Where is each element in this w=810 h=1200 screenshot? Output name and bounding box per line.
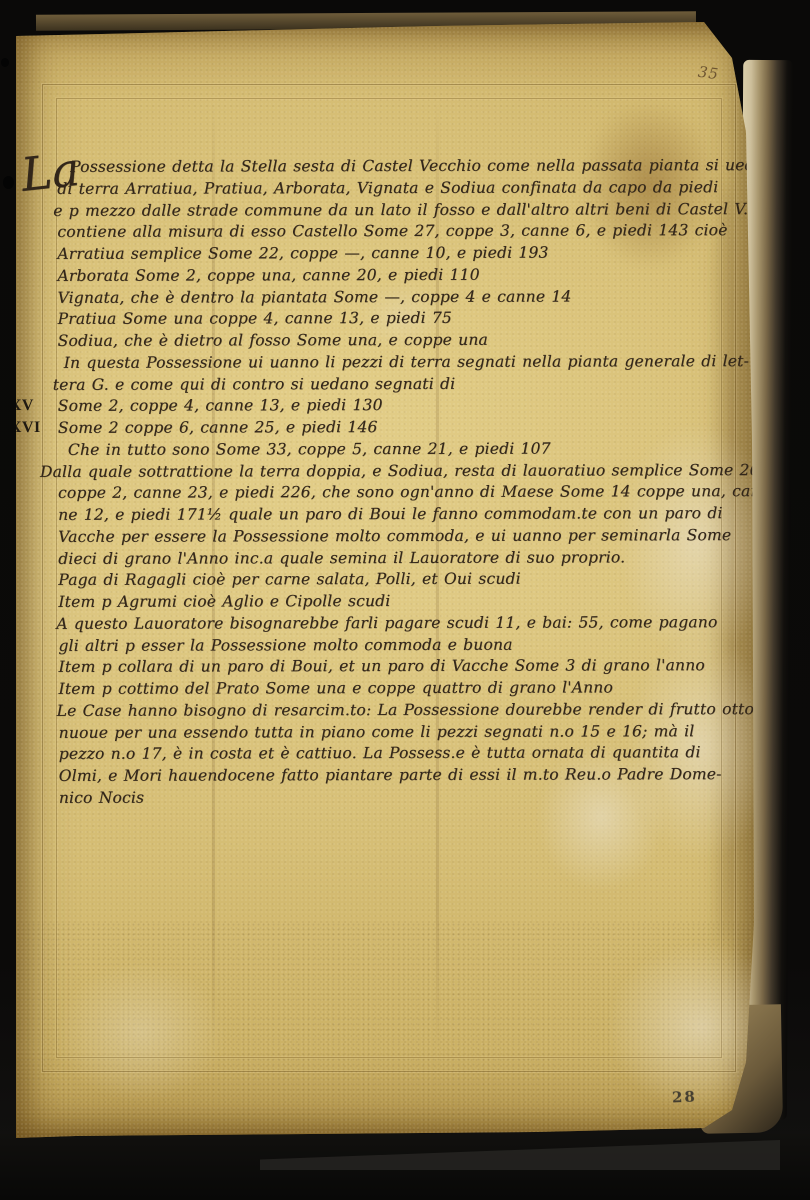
manuscript-line: A questo Lauoratore bisognarebbe farli p… [56,612,730,636]
manuscript-line-text: gli altri p esser la Possessione molto c… [58,635,512,654]
manuscript-line: Sodiua, che è dietro al fosso Some una, … [58,329,730,353]
manuscript-line: Item p collara di un paro di Boui, et un… [58,655,730,679]
manuscript-line-text: Item p collara di un paro di Boui, et un… [58,656,704,676]
manuscript-line: ne 12, e piedi 171½ quale un paro di Bou… [58,503,730,527]
manuscript-text-block: La Possessione detta la Stella sesta di … [57,155,731,809]
folio-number-top-right: 35 [697,63,720,83]
manuscript-line: Vacche per essere la Possessione molto c… [58,525,730,549]
manuscript-line: Vignata, che è dentro la piantata Some —… [57,286,729,310]
manuscript-line-text: Some 2 coppe 6, canne 25, e piedi 146 [58,418,378,437]
manuscript-line: Dalla quale sottrattione la terra doppia… [40,460,730,484]
manuscript-line: Item p Agrumi cioè Aglio e Cipolle scudi [58,590,730,614]
manuscript-line-text: Vacche per essere la Possessione molto c… [58,526,731,546]
manuscript-line-text: Dalla quale sottrattione la terra doppia… [40,461,765,481]
manuscript-line-text: Possessione detta la Stella sesta di Cas… [70,156,764,176]
manuscript-line: Possessione detta la Stella sesta di Cas… [57,155,729,179]
parchment-page: 35 28 La Possessione detta la Stella ses… [16,22,756,1138]
manuscript-line-text: Some 2, coppe 4, canne 13, e piedi 130 [58,396,383,415]
manuscript-line: Item p cottimo del Prato Some una e copp… [59,677,731,701]
manuscript-line-text: dieci di grano l'Anno inc.a quale semina… [58,548,625,567]
manuscript-line: Olmi, e Mori hauendocene fatto piantare … [59,764,731,788]
manuscript-line: gli altri p esser la Possessione molto c… [58,634,730,658]
manuscript-line-text: Item p cottimo del Prato Some una e copp… [59,678,614,697]
manuscript-line-text: Pratiua Some una coppe 4, canne 13, e pi… [58,309,452,328]
manuscript-line: Paga di Ragagli cioè per carne salata, P… [58,568,730,592]
manuscript-line: tera G. e come qui di contro si uedano s… [53,373,730,397]
manuscript-line: e p mezzo dalle strade commune da un lat… [53,199,729,223]
manuscript-line-text: Che in tutto sono Some 33, coppe 5, cann… [68,439,551,458]
manuscript-line-text: tera G. e come qui di contro si uedano s… [53,374,456,393]
folio-number-bottom-right: 28 [672,1088,697,1107]
manuscript-line-text: Olmi, e Mori hauendocene fatto piantare … [59,765,722,785]
manuscript-line-text: Item p Agrumi cioè Aglio e Cipolle scudi [58,592,390,611]
manuscript-photo: 35 28 La Possessione detta la Stella ses… [0,0,810,1200]
manuscript-line: coppe 2, canne 23, e piedi 226, che sono… [58,481,730,505]
manuscript-line-text: A questo Lauoratore bisognarebbe farli p… [56,613,717,633]
manuscript-line-text: coppe 2, canne 23, e piedi 226, che sono… [58,482,766,502]
manuscript-line: nuoue per una essendo tutta in piano com… [59,721,731,745]
manuscript-line-text: Le Case hanno bisogno di resarcim.to: La… [57,700,770,720]
manuscript-line-text: nico Nocis [59,788,144,806]
manuscript-line-text: pezzo n.o 17, è in costa et è cattiuo. L… [59,743,701,763]
manuscript-line: CXVISome 2 coppe 6, canne 25, e piedi 14… [58,416,730,440]
manuscript-line: Pratiua Some una coppe 4, canne 13, e pi… [58,307,730,331]
manuscript-line: dieci di grano l'Anno inc.a quale semina… [58,547,730,571]
manuscript-line: Che in tutto sono Some 33, coppe 5, cann… [68,438,730,461]
manuscript-line-text: In questa Possessione ui uanno li pezzi … [64,352,749,372]
manuscript-line: Arratiua semplice Some 22, coppe —, cann… [57,242,729,266]
manuscript-line-text: e p mezzo dalle strade commune da un lat… [53,200,748,220]
manuscript-line-text: Arborata Some 2, coppe una, canne 20, e … [57,266,479,285]
manuscript-line-text: nuoue per una essendo tutta in piano com… [59,722,695,742]
manuscript-line: In questa Possessione ui uanno li pezzi … [64,351,730,374]
binding-hole [3,176,14,189]
margin-numeral: CXV [0,395,54,417]
manuscript-line-text: Vignata, che è dentro la piantata Some —… [57,287,571,306]
manuscript-line: pezzo n.o 17, è in costa et è cattiuo. L… [59,742,731,766]
manuscript-line-text: contiene alla misura di esso Castello So… [57,221,727,241]
manuscript-line-text: Arratiua semplice Some 22, coppe —, cann… [57,244,548,263]
manuscript-line: Le Case hanno bisogno di resarcim.to: La… [57,699,731,723]
manuscript-line: contiene alla misura di esso Castello So… [57,220,729,244]
margin-numeral: CXVI [0,417,54,439]
manuscript-line-text: Paga di Ragagli cioè per carne salata, P… [58,570,521,589]
manuscript-line: di terra Arratiua, Pratiua, Arborata, Vi… [57,177,729,201]
manuscript-line: Arborata Some 2, coppe una, canne 20, e … [57,264,729,288]
manuscript-line-text: di terra Arratiua, Pratiua, Arborata, Vi… [57,178,718,198]
manuscript-line: nico Nocis [59,786,731,810]
manuscript-line-text: ne 12, e piedi 171½ quale un paro di Bou… [58,504,723,524]
manuscript-line: CXVSome 2, coppe 4, canne 13, e piedi 13… [58,394,730,418]
manuscript-line-text: Sodiua, che è dietro al fosso Some una, … [58,331,488,350]
binding-hole [1,58,9,67]
